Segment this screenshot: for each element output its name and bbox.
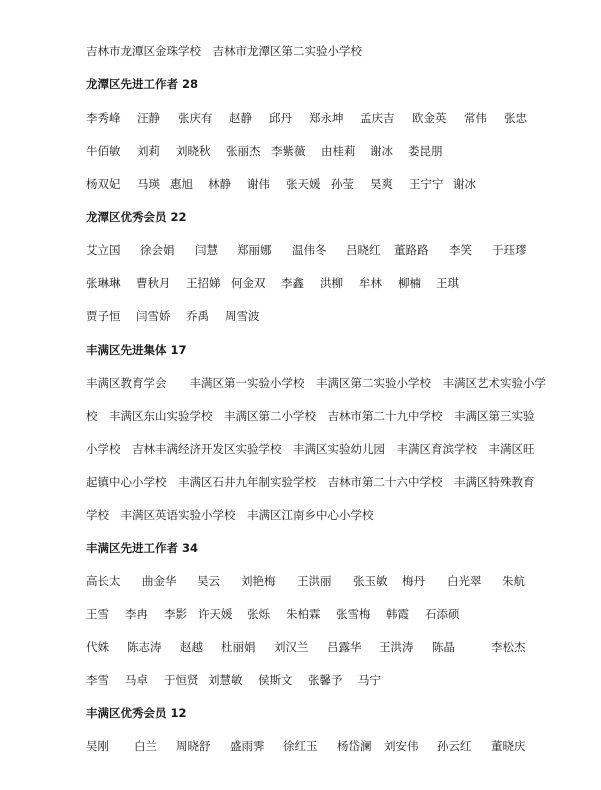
name-row: 代姝 陈志涛 赵越 杜丽娟 刘汉兰 吕露华 王洪涛 陈晶 李松杰	[86, 637, 546, 657]
name: 吴刚	[86, 736, 109, 756]
name: 刘莉	[137, 141, 160, 161]
name: 朱航	[502, 571, 525, 591]
name: 白兰	[134, 736, 157, 756]
name: 昊爽	[370, 174, 393, 194]
name: 娄昆朋	[408, 141, 443, 161]
name: 侯斯文	[258, 670, 293, 690]
name: 张馨予	[308, 670, 343, 690]
name: 周雪波	[225, 306, 260, 326]
name: 张烁	[247, 604, 270, 624]
name: 郑丽娜	[237, 240, 272, 260]
name: 梅丹	[402, 571, 425, 591]
name: 朱柏霖	[286, 604, 321, 624]
name: 闫慧	[195, 240, 218, 260]
name: 于珏璆	[492, 240, 527, 260]
name: 邱丹	[269, 108, 292, 128]
name: 刘安伟	[384, 736, 419, 756]
name: 由桂莉	[321, 141, 356, 161]
name: 徐红玉	[283, 736, 318, 756]
name: 孟庆吉	[360, 108, 395, 128]
name: 吴云	[197, 571, 220, 591]
name: 李紫薇	[271, 141, 306, 161]
name-row: 吴刚 白兰 周晓舒 盛雨霁 徐红玉 杨岱澜 刘安伟 孙云红 董晓庆	[86, 736, 546, 756]
name-row: 艾立国 徐会娟 闫慧 郑丽娜 温伟冬 吕晓红 董路路 李笑 于珏璆	[86, 240, 546, 260]
name: 刘汉兰	[274, 637, 309, 657]
section-heading: 龙潭区先进工作者 28	[86, 74, 198, 94]
name: 曲金华	[142, 571, 177, 591]
name: 常伟	[464, 108, 487, 128]
name: 洪柳	[320, 273, 343, 293]
name: 许天媛	[198, 604, 233, 624]
name: 郑永坤	[309, 108, 344, 128]
name: 艾立国	[86, 240, 121, 260]
name: 王琪	[436, 273, 459, 293]
paragraph-line: 小学校 吉林丰满经济开发区实验学校 丰满区实验幼儿园 丰满区育滨学校 丰满区旺	[86, 439, 535, 459]
name-row: 杨双妃 马瑛 惠旭 林静 谢伟 张天媛 孙莹 昊爽 王宁宁 谢冰	[86, 174, 546, 194]
name: 刘慧敏	[208, 670, 243, 690]
name: 王洪丽	[297, 571, 332, 591]
name: 乔禹	[186, 306, 209, 326]
name-row: 牛佰敏 刘莉 刘晓秋 张丽杰 李紫薇 由桂莉 谢冰 娄昆朋	[86, 141, 546, 161]
name: 刘艳梅	[241, 571, 276, 591]
name: 张天媛	[286, 174, 321, 194]
name: 杜丽娟	[221, 637, 256, 657]
name: 王宁宁	[409, 174, 444, 194]
name: 徐会娟	[140, 240, 175, 260]
name: 陈志涛	[127, 637, 162, 657]
name: 盛雨霁	[230, 736, 265, 756]
name: 马瑛	[137, 174, 160, 194]
name: 马卓	[125, 670, 148, 690]
name: 牟林	[359, 273, 382, 293]
name: 柳楠	[398, 273, 421, 293]
name: 张琳琳	[86, 273, 121, 293]
name-row: 李秀峰 汪静 张庆有 赵静 邱丹 郑永坤 孟庆吉 欧金英 常伟 张忠	[86, 108, 546, 128]
name: 李秀峰	[86, 108, 121, 128]
name: 张丽杰	[226, 141, 261, 161]
name: 孙云红	[437, 736, 472, 756]
name: 吕晓红	[346, 240, 381, 260]
name-row: 贾子恒 闫雪娇 乔禹 周雪波	[86, 306, 546, 326]
name: 石添硕	[425, 604, 460, 624]
name-row: 张琳琳 曹秋月 王招娣 何金双 李鑫 洪柳 牟林 柳楠 王琪	[86, 273, 546, 293]
name: 董路路	[394, 240, 429, 260]
name-row: 李雪 马卓 于恒贤 刘慧敏 侯斯文 张馨予 马宁	[86, 670, 546, 690]
name: 汪静	[137, 108, 160, 128]
name: 孙莹	[331, 174, 354, 194]
name: 杨岱澜	[337, 736, 372, 756]
paragraph-line: 校 丰满区东山实验学校 丰满区第二小学校 吉林市第二十九中学校 丰满区第三实验	[86, 406, 535, 426]
name: 高长太	[86, 571, 121, 591]
paragraph-line: 丰满区教育学会 丰满区第一实验小学校 丰满区第二实验小学校 丰满区艺术实验小学	[86, 373, 546, 393]
name-row: 高长太 曲金华 吴云 刘艳梅 王洪丽 张玉敏 梅丹 白光翠 朱航	[86, 571, 546, 591]
name: 王雪	[86, 604, 109, 624]
name: 李雪	[86, 670, 109, 690]
name: 马宁	[358, 670, 381, 690]
paragraph-line: 起镇中心小学校 丰满区石井九年制实验学校 吉林市第二十六中学校 丰满区特殊教育	[86, 472, 535, 492]
name: 赵越	[180, 637, 203, 657]
name: 周晓舒	[176, 736, 211, 756]
name: 李影	[164, 604, 187, 624]
name: 谢冰	[453, 174, 476, 194]
name: 于恒贤	[164, 670, 199, 690]
name: 张玉敏	[353, 571, 388, 591]
name: 闫雪娇	[136, 306, 171, 326]
name: 代姝	[86, 637, 109, 657]
name: 张忠	[504, 108, 527, 128]
intro-line: 吉林市龙潭区金珠学校 吉林市龙潭区第二实验小学校	[86, 41, 362, 61]
name: 张雪梅	[336, 604, 371, 624]
name: 惠旭	[170, 174, 193, 194]
name: 曹秋月	[136, 273, 171, 293]
name: 王洪涛	[379, 637, 414, 657]
name: 谢伟	[247, 174, 270, 194]
name: 谢冰	[370, 141, 393, 161]
name: 贾子恒	[86, 306, 121, 326]
name: 白光翠	[447, 571, 482, 591]
name: 温伟冬	[292, 240, 327, 260]
name: 董晓庆	[491, 736, 526, 756]
section-heading: 丰满区先进工作者 34	[86, 538, 198, 558]
section-heading: 丰满区先进集体 17	[86, 340, 187, 360]
name: 刘晓秋	[176, 141, 211, 161]
name: 王招娣	[186, 273, 221, 293]
name: 张庆有	[178, 108, 213, 128]
paragraph-line: 学校 丰满区英语实验小学校 丰满区江南乡中心小学校	[86, 505, 374, 525]
name: 李鑫	[281, 273, 304, 293]
name: 林静	[208, 174, 231, 194]
name: 李笑	[449, 240, 472, 260]
name: 陈晶	[432, 637, 455, 657]
section-heading: 丰满区优秀会员 12	[86, 703, 187, 723]
name: 韩霞	[386, 604, 409, 624]
name: 赵静	[229, 108, 252, 128]
name: 李冉	[125, 604, 148, 624]
section-heading: 龙潭区优秀会员 22	[86, 207, 187, 227]
name: 欧金英	[412, 108, 447, 128]
name-row: 王雪 李冉 李影 许天媛 张烁 朱柏霖 张雪梅 韩霞 石添硕	[86, 604, 546, 624]
name: 李松杰	[491, 637, 526, 657]
name: 杨双妃	[86, 174, 121, 194]
name: 何金双	[231, 273, 266, 293]
name: 牛佰敏	[86, 141, 121, 161]
name: 吕露华	[327, 637, 362, 657]
